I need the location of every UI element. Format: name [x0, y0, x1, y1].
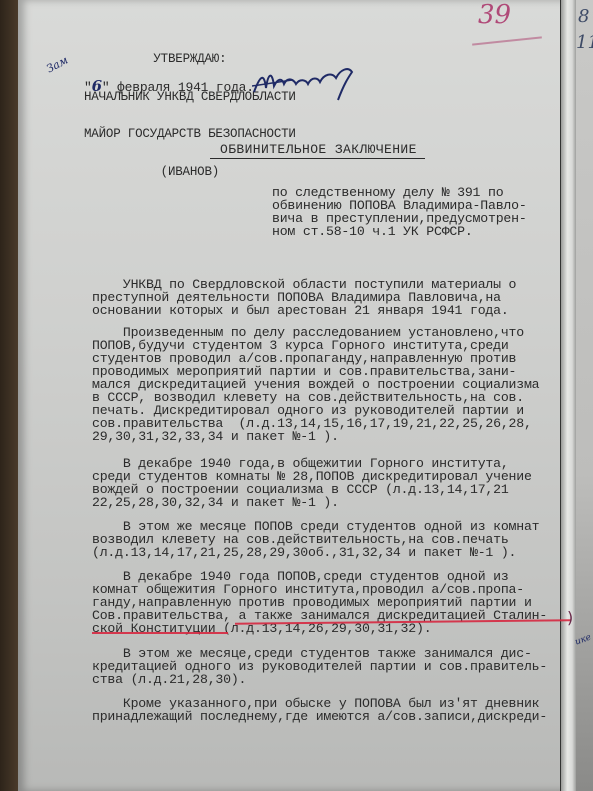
red-underline	[92, 632, 228, 634]
desk-background	[0, 0, 18, 791]
margin-mark: 11	[576, 32, 593, 53]
adjacent-page: 8 11	[576, 0, 593, 791]
paragraph: В этом же месяце ПОПОВ среди студентов о…	[92, 520, 539, 559]
signature-icon	[252, 62, 360, 102]
folio-number: 39	[478, 0, 511, 30]
approval-stamp: УТВЕРЖДАЮ: НАЧАЛЬНИК УНКВД СВЕРДЛОБЛАСТИ…	[84, 28, 296, 191]
document-title: ОБВИНИТЕЛЬНОЕ ЗАКЛЮЧЕНИЕ	[210, 143, 425, 159]
date-day: 6	[92, 77, 102, 95]
approval-line: МАЙОР ГОСУДАРСТВ БЕЗОПАСНОСТИ	[84, 128, 296, 141]
case-reference: по следственному делу № 391 по обвинению…	[272, 186, 527, 238]
date-rest: " февраля 1941 года.	[102, 80, 254, 95]
paragraph: В декабре 1940 года ПОПОВ,среди студенто…	[92, 570, 547, 635]
date-quote: "	[84, 80, 92, 95]
paragraph: УНКВД по Свердловской области поступили …	[92, 278, 516, 317]
paragraph: Произведенным по делу расследованием уст…	[92, 326, 539, 443]
approval-date: "6" февраля 1941 года.	[84, 80, 254, 94]
paragraph: Кроме указанного,при обыске у ПОПОВА был…	[92, 697, 547, 723]
approval-line: (ИВАНОВ)	[84, 166, 296, 179]
paragraph: В этом же месяце,среди студентов также з…	[92, 647, 547, 686]
paragraph: В декабре 1940 года,в общежитии Горного …	[92, 457, 532, 509]
margin-mark: 8	[578, 6, 589, 27]
bracket-mark: )	[567, 608, 573, 627]
